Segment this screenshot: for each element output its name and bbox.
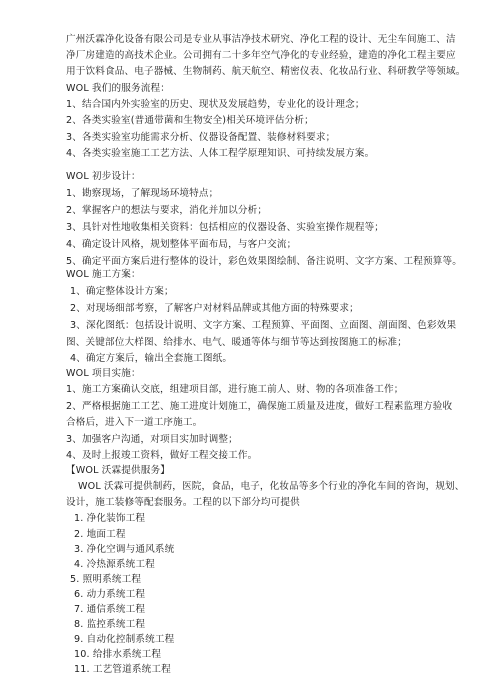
construction-plan-item: 1、确定整体设计方案； [70,285,174,298]
preliminary-design-item: 2、掌握客户的想法与要求，消化并加以分析； [66,204,267,217]
intro-line: 用于饮料食品、电子器械、生物制药、航天航空、精密仪表、化妆品行业、科研教学等领域… [66,65,466,78]
service-list-item: 1. 净化装饰工程 [74,512,145,525]
project-implementation-item-continued: 合格后，进入下一道工序施工。 [66,416,202,429]
preliminary-design-item: 3、具针对性地收集相关资料：包括相应的仪器设备、实验室操作规程等； [66,221,384,234]
service-list-item: 10. 给排水系统工程 [74,648,161,661]
construction-plan-item: 4、确定方案后，输出全套施工图纸。 [70,352,232,365]
service-list-item: 6. 动力系统工程 [74,588,145,601]
service-list-item: 7. 通信系统工程 [74,603,145,616]
preliminary-design-item: 5、确定平面方案后进行整体的设计，彩色效果图绘制、备注说明、文字方案、工程预算等… [66,255,462,268]
document-page: 广州沃霖净化设备有限公司是专业从事洁净技术研究、净化工程的设计、无尘车间施工、洁… [0,0,482,687]
service-process-item: 4、各类实验室施工工艺方法、人体工程学原理知识、可持续发展方案。 [66,147,374,160]
service-list-item: 2. 地面工程 [74,528,126,541]
construction-plan-heading: WOL 施工方案： [66,268,141,281]
project-implementation-item: 4、及时上报竣工资料，做好工程交接工作。 [66,449,257,462]
project-implementation-item: 1、施工方案确认交底，组建项目部，进行施工前人、财、物的各项准备工作； [66,383,404,396]
service-process-item: 1、结合国内外实验室的历史、现状及发展趋势，专业化的设计理念； [66,98,365,111]
service-list-item: 3. 净化空调与通风系统 [74,543,174,556]
service-list-item: 11. 工艺管道系统工程 [74,663,171,676]
services-intro-line: WOL 沃霖可提供制药，医院，食品，电子，化妆品等多个行业的净化车间的咨询，规划… [78,480,465,493]
services-intro-line: 设计，施工装修等配套服务。工程的以下部分均可提供 [66,496,300,509]
project-implementation-item: 2、严格根据施工工艺、施工进度计划施工，确保施工质量及进度，做好工程素监理方验收 [66,400,452,413]
service-list-item: 5. 照明系统工程 [70,573,141,586]
service-list-item: 4. 冷热源系统工程 [74,558,155,571]
service-process-item: 3、各类实验室功能需求分析、仪器设备配置、装修材料要求； [66,131,335,144]
preliminary-design-item: 1、勘察现场，了解现场环境特点； [66,187,218,200]
intro-line: 广州沃霖净化设备有限公司是专业从事洁净技术研究、净化工程的设计、无尘车间施工、洁 [66,33,456,46]
service-list-item: 9. 自动化控制系统工程 [74,633,174,646]
construction-plan-item-continued: 图、关键部位大样图、给排水、电气、暖通等体与细节等达到按图施工的标准； [66,336,407,349]
project-implementation-heading: WOL 项目实施： [66,367,141,380]
service-process-item: 2、各类实验室(普通带菌和生物安全)相关环境评估分析； [66,114,314,127]
services-heading: 【WOL 沃霖提供服务】 [66,464,170,477]
preliminary-design-heading: WOL 初步设计： [66,170,141,183]
service-process-heading: WOL 我们的服务流程： [66,82,170,95]
service-list-item: 8. 监控系统工程 [74,618,145,631]
intro-line: 净厂房建造的高技术企业。公司拥有二十多年空气净化的专业经验，建造的净化工程主要应 [66,49,456,62]
preliminary-design-item: 4、确定设计风格，规划整体平面布局，与客户交流； [66,238,296,251]
project-implementation-item: 3、加强客户沟通，对项目实加时调整； [66,433,238,446]
construction-plan-item: 3、深化图纸：包括设计说明、文字方案、工程预算、平面图、立面图、剖面图、色彩效果 [70,319,456,332]
construction-plan-item: 2、对现场细部考察，了解客户对材料品牌或其他方面的特殊要求； [70,302,359,315]
